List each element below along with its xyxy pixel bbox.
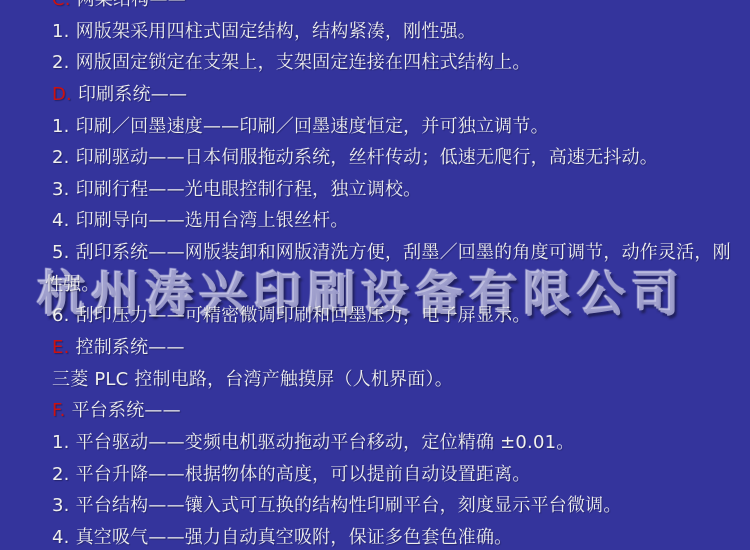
feature-line: 5.刮印系统——网版装卸和网版清洗方便，刮墨／回墨的角度可调节，动作灵活，刚 — [52, 237, 731, 269]
item-text: 印刷行程——光电眼控制行程，独立调校。 — [76, 179, 422, 200]
section-title: 印刷系统—— — [78, 84, 187, 105]
product-description-page: 杭州涛兴印刷设备有限公司 C.网架结构—— 1.网版架采用四柱式固定结构，结构紧… — [0, 0, 750, 550]
item-text: 刮印系统——网版装卸和网版清洗方便，刮墨／回墨的角度可调节，动作灵活，刚 — [76, 242, 731, 263]
feature-line: 2.网版固定锁定在支架上，支架固定连接在四柱式结构上。 — [52, 47, 731, 79]
item-number: 1. — [52, 21, 70, 42]
item-text: 三菱 PLC 控制电路，台湾产触摸屏（人机界面）。 — [52, 369, 453, 390]
section-header-printing-system: D.印刷系统—— — [52, 79, 731, 111]
feature-line-continuation: 性强。 — [45, 269, 731, 301]
item-number: 2. — [52, 52, 70, 73]
feature-line: 4.真空吸气——强力自动真空吸附，保证多色套色准确。 — [52, 522, 731, 550]
item-number: 3. — [52, 179, 70, 200]
item-number: 1. — [52, 432, 70, 453]
feature-line: 2.印刷驱动——日本伺服拖动系统，丝杆传动；低速无爬行，高速无抖动。 — [52, 142, 731, 174]
section-letter: D. — [52, 84, 72, 105]
feature-line: 3.印刷行程——光电眼控制行程，独立调校。 — [52, 174, 731, 206]
feature-line: 2.平台升降——根据物体的高度，可以提前自动设置距离。 — [52, 459, 731, 491]
section-header-control-system: E.控制系统—— — [52, 332, 731, 364]
feature-line: 1.平台驱动——变频电机驱动拖动平台移动，定位精确 ±0.01。 — [52, 427, 731, 459]
section-letter: E. — [52, 337, 70, 358]
feature-line: 6.刮印压力——可精密微调印刷和回墨压力，电子屏显示。 — [52, 300, 731, 332]
feature-line: 1.印刷／回墨速度——印刷／回墨速度恒定，并可独立调节。 — [52, 111, 731, 143]
item-text: 刮印压力——可精密微调印刷和回墨压力，电子屏显示。 — [76, 305, 531, 326]
feature-line: 1.网版架采用四柱式固定结构，结构紧凑，刚性强。 — [52, 16, 731, 48]
feature-line: 3.平台结构——镶入式可互换的结构性印刷平台，刻度显示平台微调。 — [52, 490, 731, 522]
feature-line: 三菱 PLC 控制电路，台湾产触摸屏（人机界面）。 — [52, 364, 731, 396]
item-number: 1. — [52, 116, 70, 137]
item-text: 印刷驱动——日本伺服拖动系统，丝杆传动；低速无爬行，高速无抖动。 — [76, 147, 658, 168]
section-title: 平台系统—— — [72, 400, 181, 421]
section-header-frame-structure: C.网架结构—— — [52, 0, 731, 16]
item-text: 平台结构——镶入式可互换的结构性印刷平台，刻度显示平台微调。 — [76, 495, 622, 516]
section-title: 控制系统—— — [76, 337, 185, 358]
feature-line: 4.印刷导向——选用台湾上银丝杆。 — [52, 205, 731, 237]
section-letter: C. — [52, 0, 71, 10]
section-letter: F. — [52, 400, 66, 421]
item-text: 平台升降——根据物体的高度，可以提前自动设置距离。 — [76, 464, 531, 485]
item-number: 3. — [52, 495, 70, 516]
item-number: 4. — [52, 527, 70, 548]
item-text: 印刷／回墨速度——印刷／回墨速度恒定，并可独立调节。 — [76, 116, 549, 137]
feature-list: C.网架结构—— 1.网版架采用四柱式固定结构，结构紧凑，刚性强。 2.网版固定… — [52, 0, 731, 550]
item-text: 网版固定锁定在支架上，支架固定连接在四柱式结构上。 — [76, 52, 531, 73]
item-number: 2. — [52, 464, 70, 485]
item-number: 2. — [52, 147, 70, 168]
item-text: 性强。 — [45, 274, 100, 295]
item-number: 4. — [52, 210, 70, 231]
item-text: 网版架采用四柱式固定结构，结构紧凑，刚性强。 — [76, 21, 476, 42]
section-title: 网架结构—— — [77, 0, 186, 10]
item-number: 6. — [52, 305, 70, 326]
item-number: 5. — [52, 242, 70, 263]
item-text: 真空吸气——强力自动真空吸附，保证多色套色准确。 — [76, 527, 513, 548]
section-header-platform-system: F.平台系统—— — [52, 395, 731, 427]
item-text: 印刷导向——选用台湾上银丝杆。 — [76, 210, 349, 231]
item-text: 平台驱动——变频电机驱动拖动平台移动，定位精确 ±0.01。 — [76, 432, 575, 453]
